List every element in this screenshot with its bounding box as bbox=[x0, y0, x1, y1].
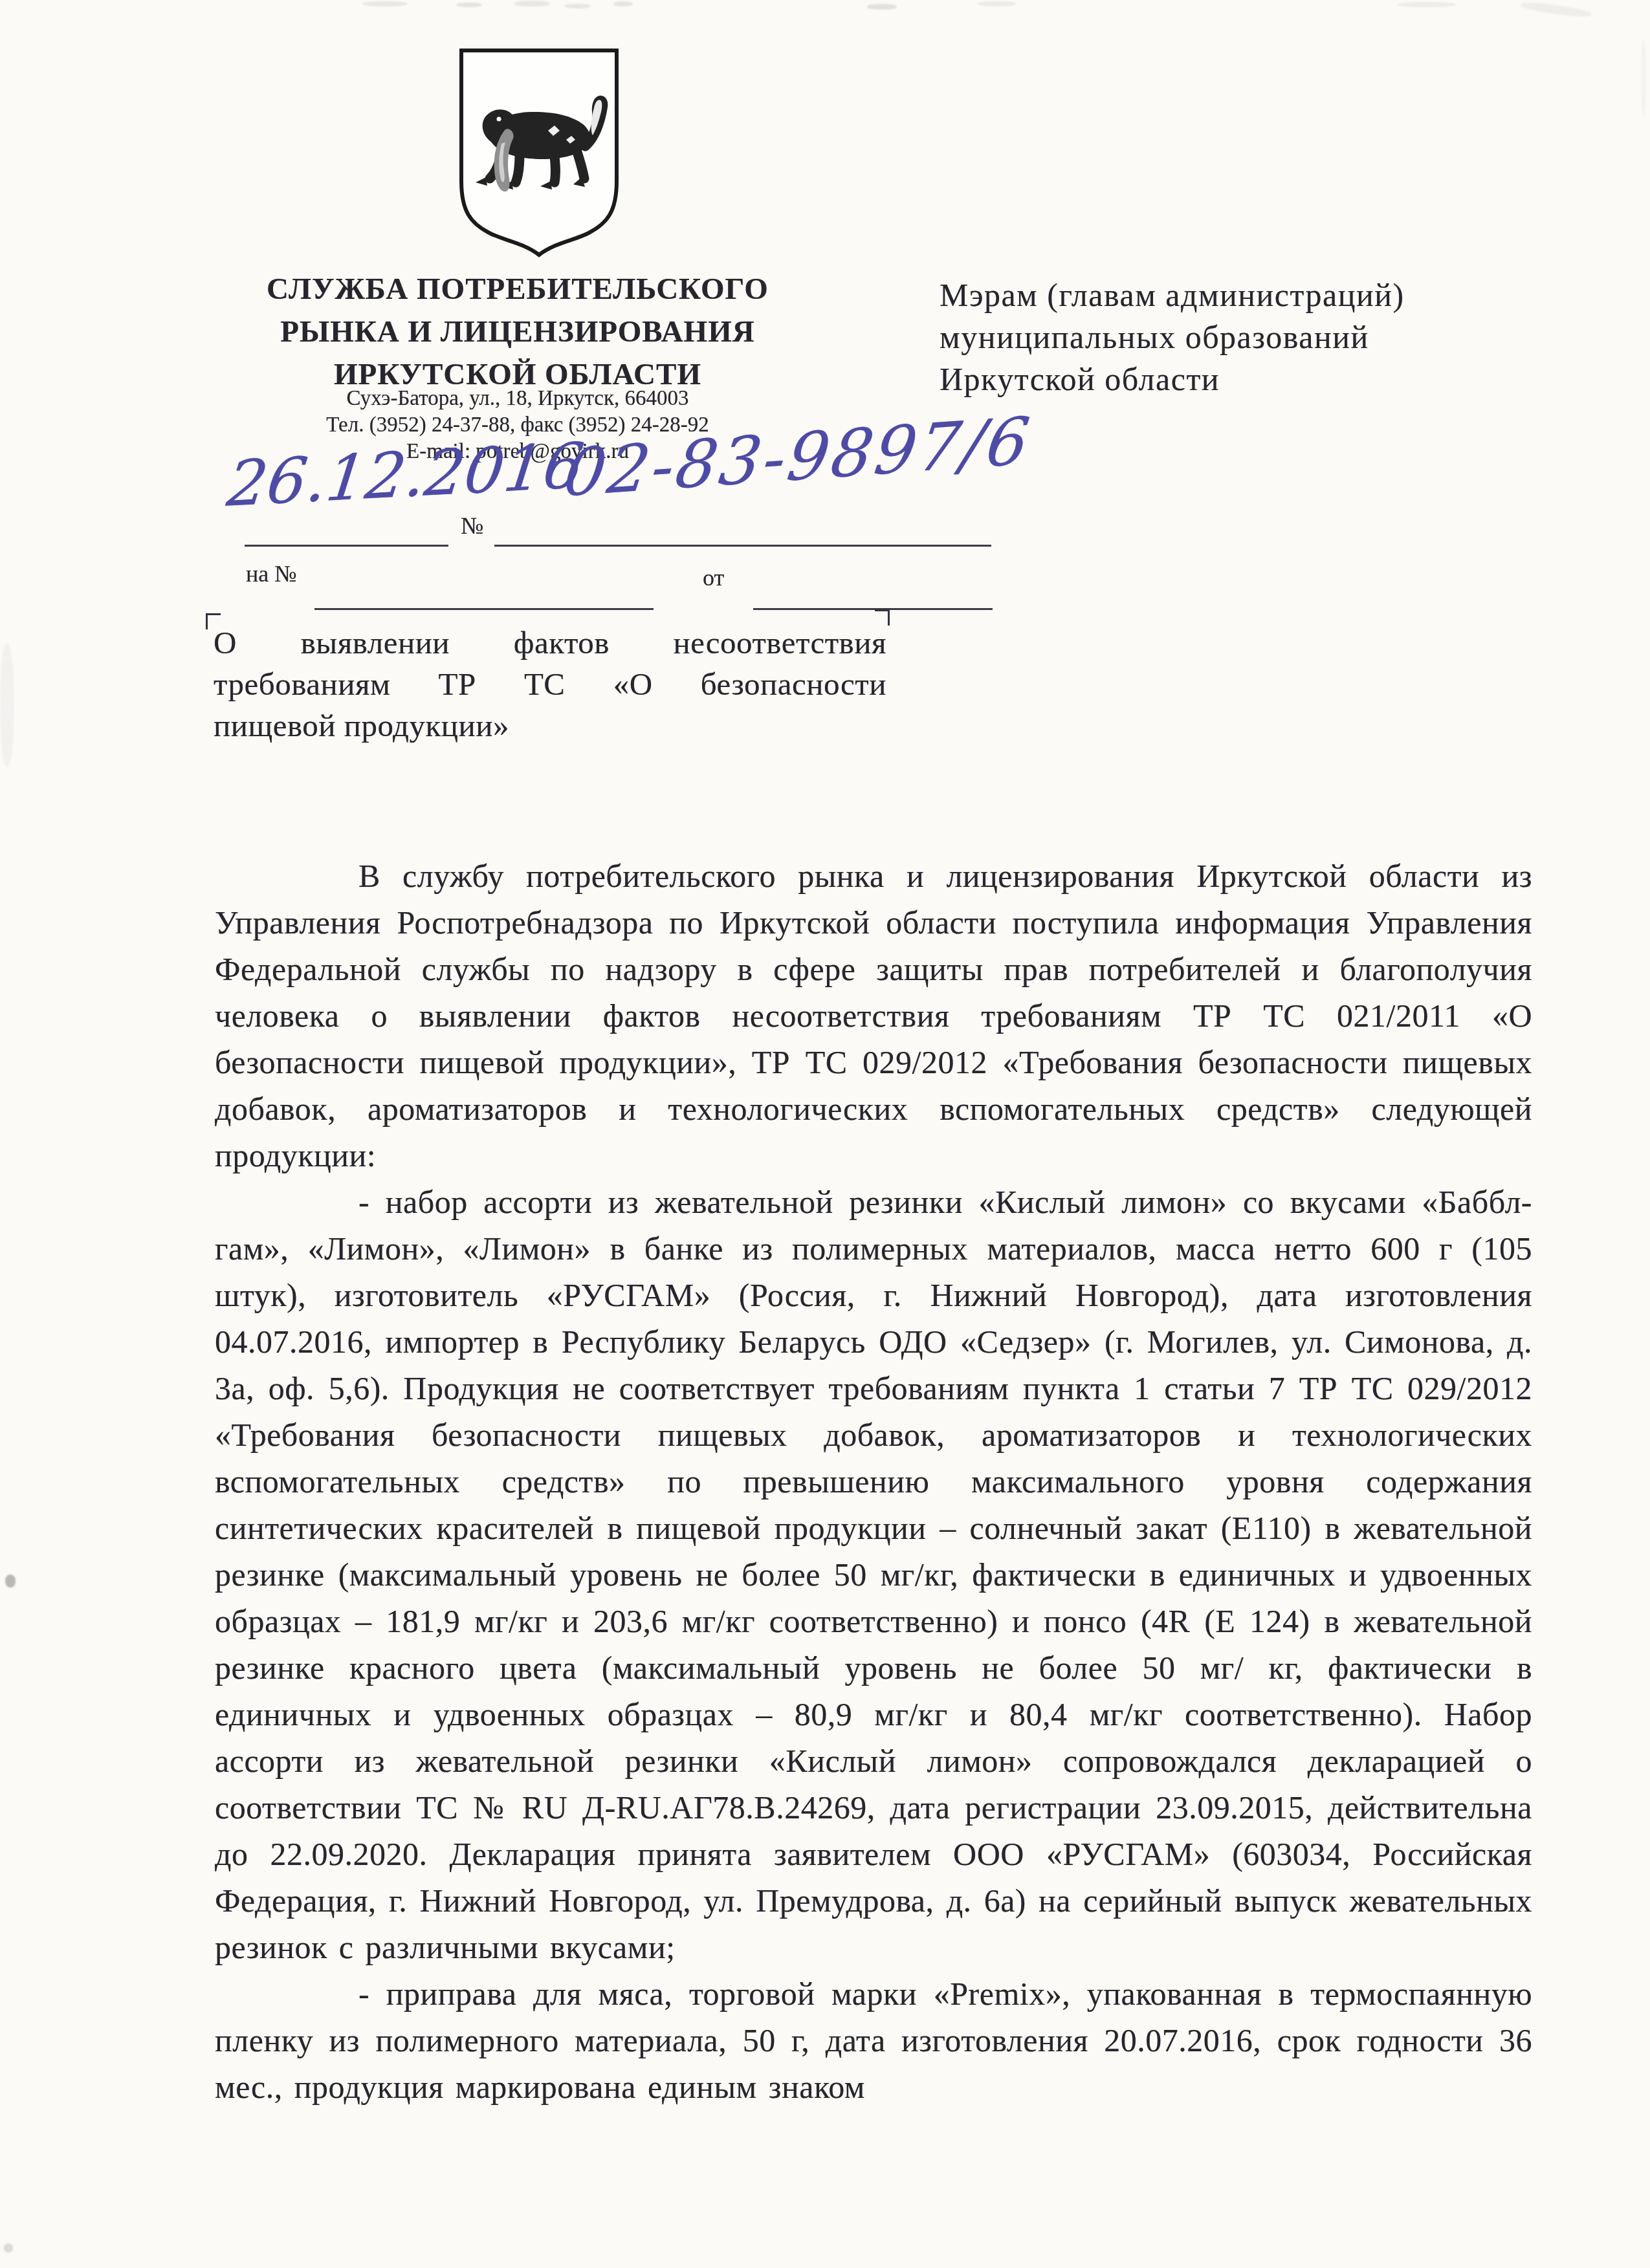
scan-artifact bbox=[867, 4, 897, 10]
body-paragraph-premix-seasoning: - приправа для мяса, торговой марки «Pre… bbox=[215, 1970, 1532, 2110]
number-sign-label: № bbox=[461, 512, 483, 540]
scan-artifact bbox=[1521, 0, 1592, 19]
subject-block: О выявлении фактов несоответствия требов… bbox=[214, 622, 886, 747]
org-address: Сухэ-Батора, ул., 18, Иркутск, 664003 bbox=[220, 386, 815, 412]
reply-from-date-label: от bbox=[703, 564, 724, 591]
org-name-line: РЫНКА И ЛИЦЕНЗИРОВАНИЯ bbox=[220, 311, 815, 353]
scan-artifact bbox=[4, 2243, 13, 2252]
subject-line: О выявлении фактов несоответствия bbox=[214, 622, 886, 664]
scan-artifact bbox=[514, 1, 550, 6]
addressee-line: муниципальных образований bbox=[940, 316, 1405, 358]
date-underline bbox=[245, 545, 448, 547]
addressee-line: Иркутской области bbox=[940, 358, 1405, 400]
reply-from-underline bbox=[753, 608, 993, 610]
org-name-block: СЛУЖБА ПОТРЕБИТЕЛЬСКОГО РЫНКА И ЛИЦЕНЗИР… bbox=[220, 268, 815, 396]
scan-artifact bbox=[1398, 2, 1456, 7]
scan-artifact bbox=[362, 1, 408, 6]
subject-line: требованиям ТР ТС «О безопасности bbox=[214, 664, 886, 705]
reply-to-underline bbox=[314, 608, 654, 610]
scan-artifact bbox=[564, 4, 590, 8]
scan-artifact bbox=[456, 3, 482, 7]
addressee-block: Мэрам (главам администраций) муниципальн… bbox=[940, 274, 1405, 400]
body-paragraph-intro: В службу потребительского рынка и лиценз… bbox=[215, 853, 1532, 1179]
scan-artifact bbox=[613, 1, 633, 6]
scan-artifact bbox=[977, 1, 1016, 6]
scan-artifact bbox=[0, 644, 14, 767]
scan-artifact bbox=[1641, 39, 1646, 116]
irkutsk-coat-of-arms-icon bbox=[456, 45, 622, 260]
scan-artifact bbox=[5, 1575, 16, 1587]
scanned-letter-page: СЛУЖБА ПОТРЕБИТЕЛЬСКОГО РЫНКА И ЛИЦЕНЗИР… bbox=[0, 0, 1650, 2268]
reply-to-number-label: на № bbox=[246, 560, 297, 587]
number-underline bbox=[494, 545, 991, 547]
addressee-line: Мэрам (главам администраций) bbox=[940, 274, 1405, 316]
babr-eye bbox=[497, 117, 501, 122]
subject-line: пищевой продукции» bbox=[214, 705, 886, 747]
letter-body: В службу потребительского рынка и лиценз… bbox=[215, 853, 1532, 2110]
body-paragraph-chewing-gum: - набор ассорти из жевательной резинки «… bbox=[215, 1179, 1532, 1970]
org-name-line: СЛУЖБА ПОТРЕБИТЕЛЬСКОГО bbox=[220, 268, 815, 311]
